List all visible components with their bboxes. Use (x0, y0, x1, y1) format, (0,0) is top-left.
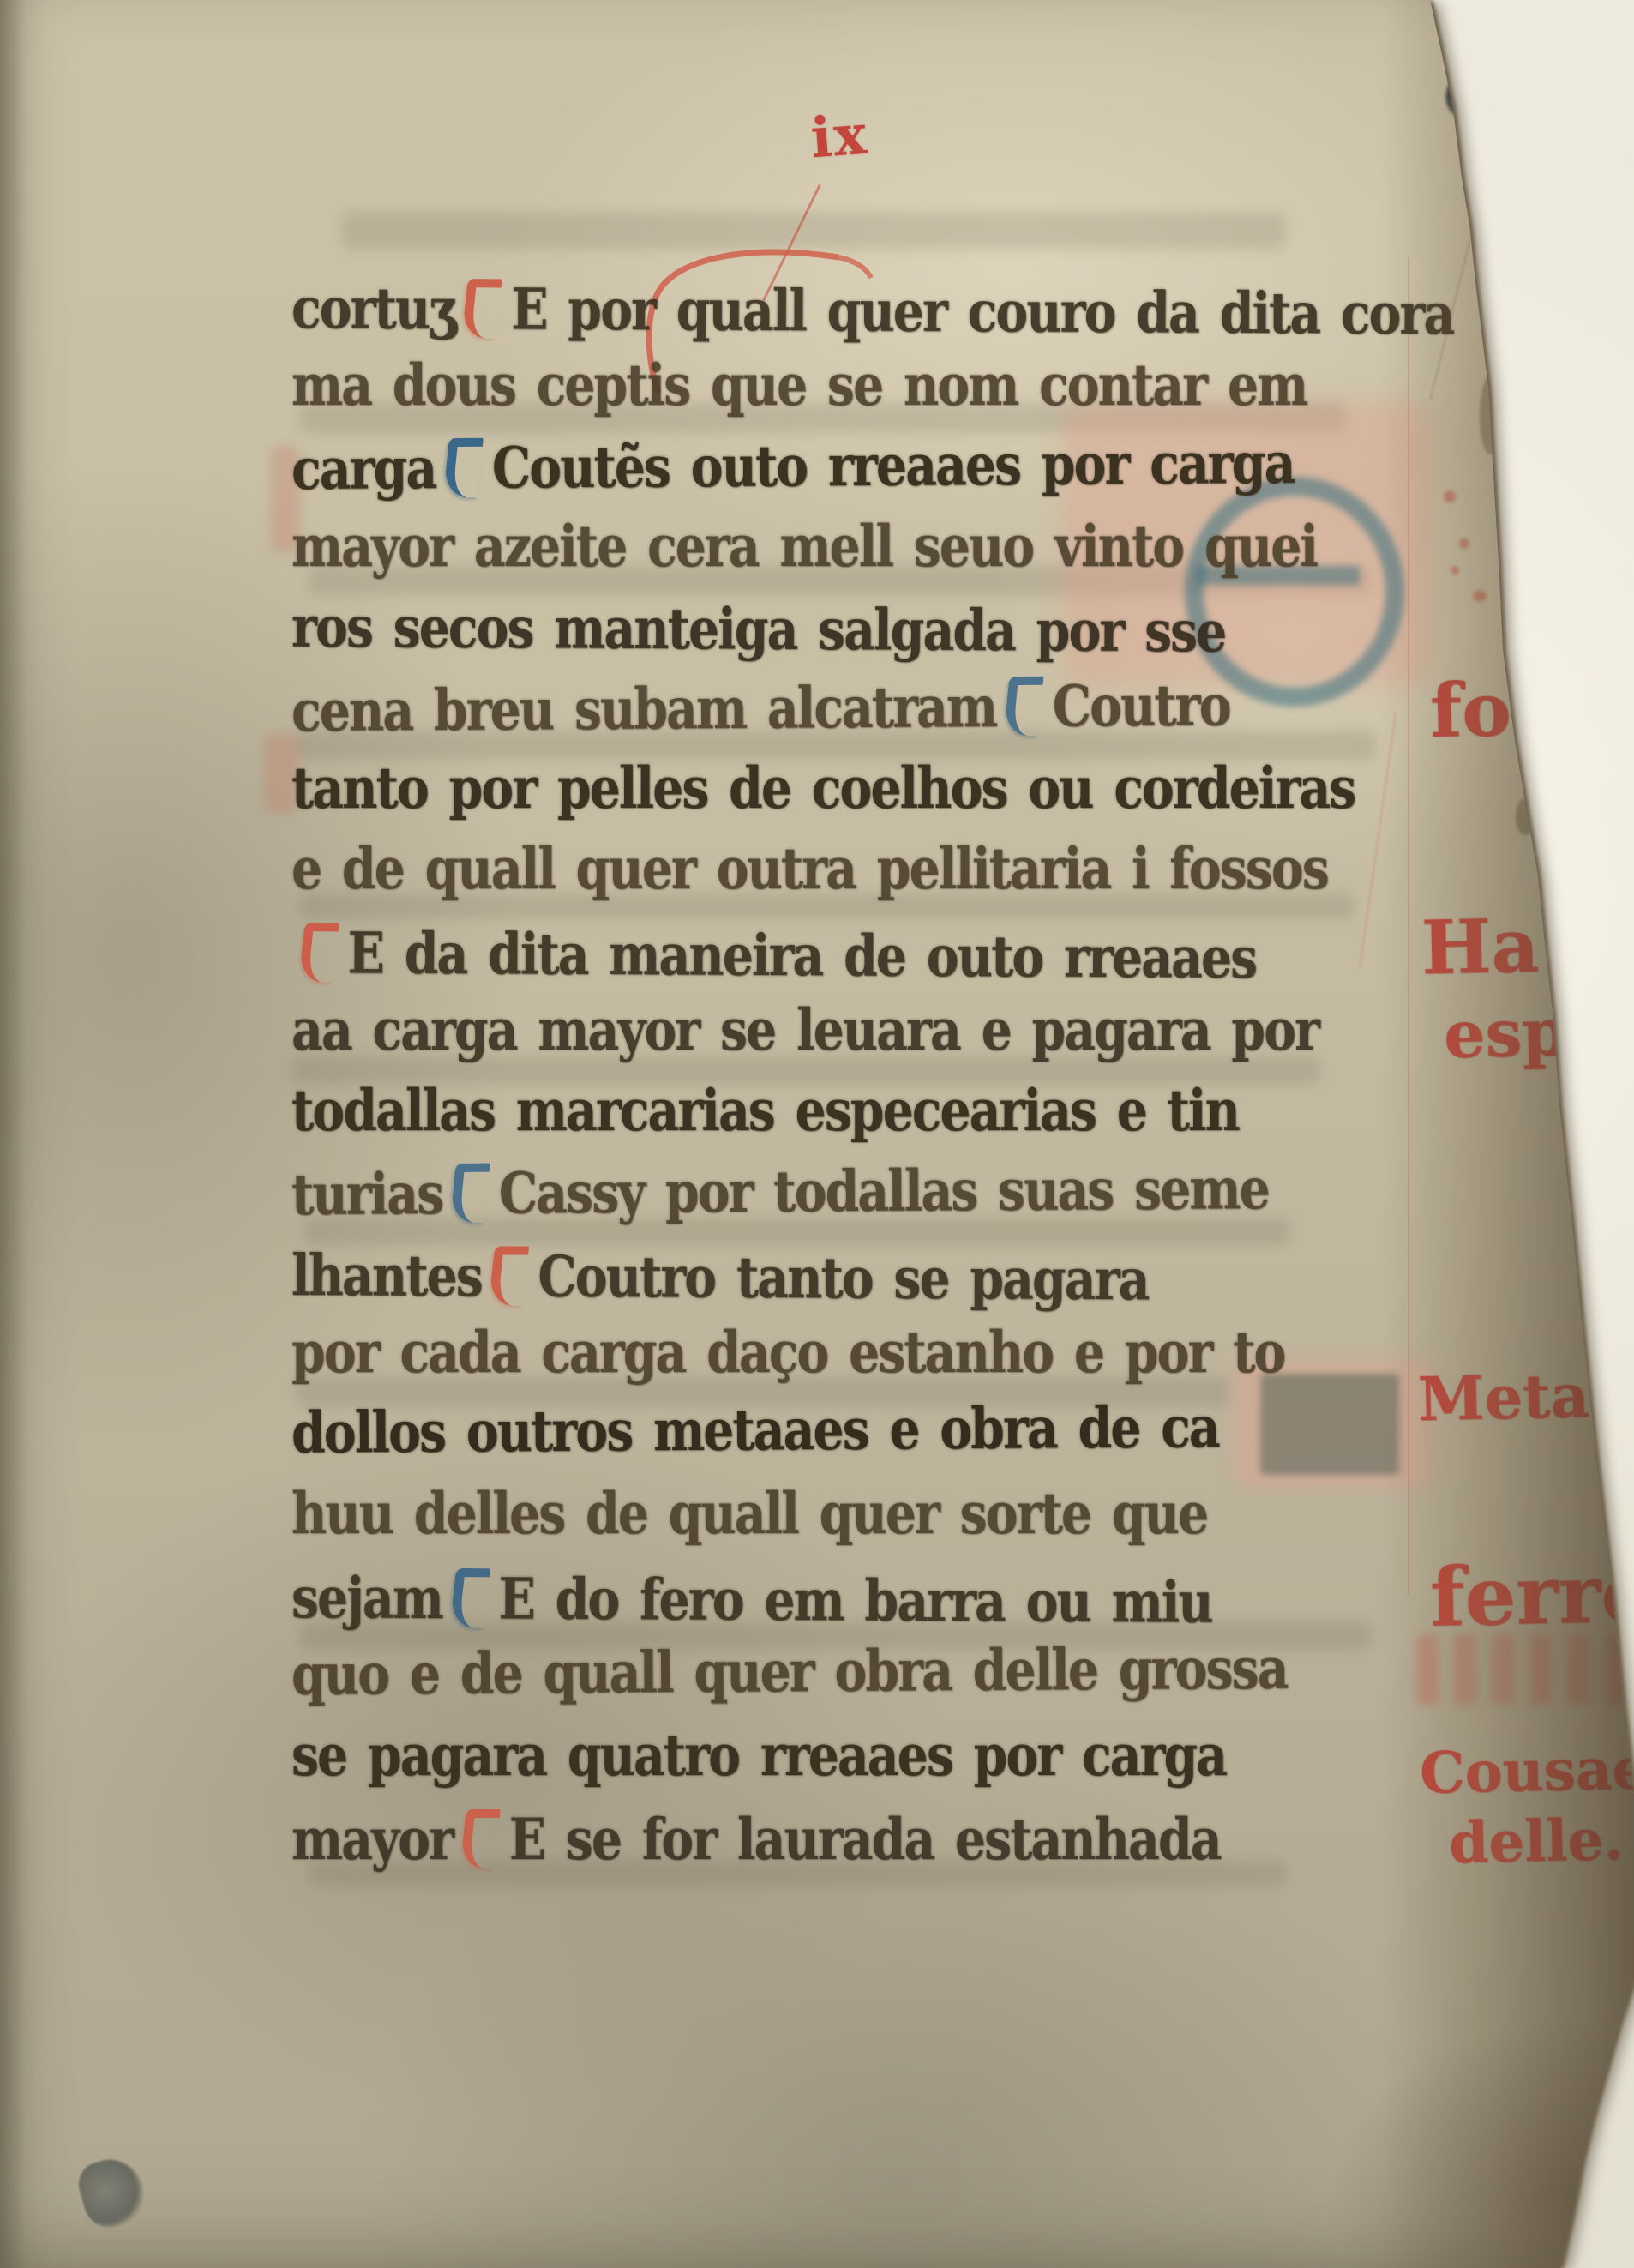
text-segment: mayor (291, 1807, 453, 1874)
text-line: cortuʒE por quall quer couro da dita cor… (291, 268, 1454, 351)
text-segment: Cassy por todallas suas seme (499, 1156, 1269, 1227)
text-line: ma dous ceptis que se nom contar em (291, 349, 1307, 421)
text-segment: huu delles de quall quer sorte que (291, 1480, 1207, 1547)
text-block: cortuʒE por quall quer couro da dita cor… (291, 273, 1440, 1902)
text-line: E da dita maneira de outo rreaaes (291, 913, 1257, 995)
text-segment: ma dous ceptis que se nom contar em (291, 352, 1307, 418)
margin-note: Meta (1417, 1360, 1589, 1435)
margin-note: Ha (1421, 903, 1540, 992)
parchment-page: ix cortuʒE por quall quer couro da dita … (0, 0, 1634, 2268)
text-line: tanto por pelles de coelhos ou cordeiras (291, 752, 1355, 824)
red-speck (1473, 590, 1487, 602)
text-segment: cortuʒ (291, 275, 455, 343)
text-segment: tanto por pelles de coelhos ou cordeiras (291, 755, 1355, 821)
text-segment: E do fero em barra ou miu (498, 1566, 1212, 1636)
red-speck (1444, 490, 1456, 502)
text-line: huu delles de quall quer sorte que (291, 1477, 1207, 1549)
margin-note: fo (1429, 666, 1511, 755)
text-segment: E se for laurada estanhada (509, 1807, 1221, 1874)
folio-number: ix (808, 103, 870, 171)
text-segment: se pagara quatro rreaaes por carga (291, 1722, 1226, 1789)
text-line: quo e de quall quer obra delle grossa (291, 1633, 1288, 1711)
paraph-mark-blue (450, 1164, 490, 1224)
paraph-mark-red (298, 923, 339, 983)
text-line: sejamE do fero em barra ou miu (291, 1558, 1212, 1639)
text-segment: por cada carga daço estanho e por to (291, 1319, 1284, 1386)
paraph-mark-red (461, 279, 502, 339)
text-line: lhantesCoutro tanto se pagara (291, 1236, 1149, 1316)
text-line: aa carga mayor se leuara e pagara por (291, 994, 1319, 1066)
text-segment: sejam (291, 1565, 442, 1632)
text-segment: Coutro tanto se pagara (538, 1243, 1148, 1313)
manuscript-scan: ix cortuʒE por quall quer couro da dita … (0, 0, 1634, 2268)
text-line: por cada carga daço estanho e por to (291, 1316, 1284, 1388)
text-line: se pagara quatro rreaaes por carga (291, 1719, 1226, 1791)
margin-note: delle. (1448, 1806, 1624, 1876)
text-line: cena breu subam alcatramCoutro (291, 665, 1230, 748)
edge-grime-blotch (1445, 72, 1488, 120)
margin-note: espe (1443, 993, 1609, 1073)
text-segment: e de quall quer outra pellitaria i fosso… (291, 835, 1328, 902)
red-speck (1451, 566, 1459, 575)
red-speck (1459, 538, 1469, 549)
text-segment: carga (291, 435, 436, 502)
text-line: mayorE se for laurada estanhada (291, 1800, 1221, 1876)
text-line: cargaCoutẽs outo rreaaes por carga (291, 423, 1295, 505)
text-line: ros secos manteiga salgada por sse (291, 591, 1226, 668)
text-segment: todallas marcarias especearias e tin (291, 1077, 1239, 1144)
text-segment: E da dita maneira de outo rreaaes (347, 920, 1256, 991)
text-segment: lhantes (291, 1242, 482, 1310)
paraph-mark-blue (449, 1568, 490, 1628)
text-segment: E por quall quer couro da dita cora (511, 276, 1454, 347)
text-line: todallas marcarias especearias e tin (291, 1074, 1239, 1146)
text-line: turiasCassy por todallas suas seme (291, 1149, 1269, 1231)
paraph-mark-blue (442, 438, 483, 498)
text-segment: aa carga mayor se leuara e pagara por (291, 996, 1319, 1063)
text-segment: turias (291, 1160, 443, 1228)
text-segment: ros secos manteiga salgada por sse (291, 593, 1226, 665)
text-segment: Coutro (1053, 672, 1230, 740)
text-segment: cena breu subam alcatram (291, 673, 997, 744)
text-line: mayor azeite cera mell seuo vinto quei (291, 510, 1317, 582)
text-segment: mayor azeite cera mell seuo vinto quei (291, 513, 1317, 580)
paraph-mark-blue (1003, 677, 1043, 737)
text-line: e de quall quer outra pellitaria i fosso… (291, 833, 1328, 905)
edge-grime-streak (1516, 797, 1538, 835)
left-edge-shadow (0, 0, 26, 2268)
edge-grime-streak (1480, 374, 1504, 454)
margin-note: ferro (1429, 1546, 1634, 1645)
text-segment: quo e de quall quer obra delle grossa (291, 1635, 1288, 1708)
torn-page-wrapper: ix cortuʒE por quall quer couro da dita … (0, 0, 1634, 2268)
paraph-mark-red (489, 1246, 530, 1306)
text-segment: dollos outros metaaes e obra de ca (291, 1394, 1219, 1466)
paraph-mark-red (460, 1809, 501, 1869)
margin-note: Cousae (1419, 1735, 1634, 1807)
parchment-blemish (74, 2152, 152, 2234)
text-line: dollos outros metaaes e obra de ca (291, 1391, 1219, 1469)
text-segment: Coutẽs outo rreaaes por carga (492, 430, 1295, 501)
